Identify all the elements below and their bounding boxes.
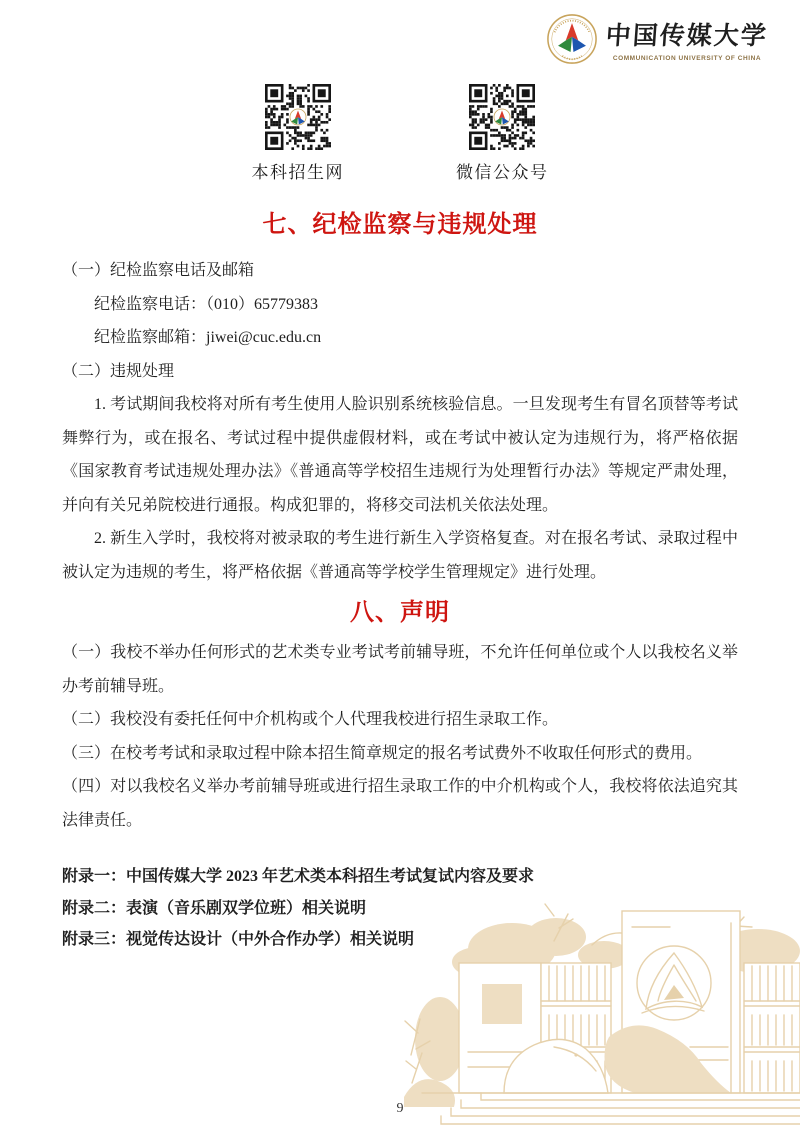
page-number: 9 [0,1101,800,1117]
s7-subheading-contact: （一）纪检监察电话及邮箱 [62,254,738,288]
s8-statement-3: （三）在校考考试和录取过程中除本招生简章规定的报名考试费外不收取任何形式的费用。 [62,737,738,771]
s7-phone-line: 纪检监察电话：（010）65779383 [62,288,738,322]
university-name-cn: 中国传媒大学 [605,16,770,52]
appendix-line-1: 附录一：中国传媒大学 2023 年艺术类本科招生考试复试内容及要求 [62,861,534,893]
appendix-list: 附录一：中国传媒大学 2023 年艺术类本科招生考试复试内容及要求 附录二：表演… [62,861,534,956]
qr-item-admissions-site: 本科招生网 [252,84,345,183]
s7-violation-para-2: 2. 新生入学时，我校将对被录取的考生进行新生入学资格复查。对在报名考试、录取过… [62,522,738,589]
qr-label: 本科招生网 [252,158,345,183]
s7-email-line: 纪检监察邮箱：jiwei@cuc.edu.cn [62,321,738,355]
document-body: 七、纪检监察与违规处理 （一）纪检监察电话及邮箱 纪检监察电话：（010）657… [62,210,738,837]
qr-item-wechat: 微信公众号 [456,84,549,183]
document-page: 中国传媒大学 COMMUNICATION UNIVERSITY OF CHINA… [0,0,800,1131]
appendix-line-3: 附录三：视觉传达设计（中外合作办学）相关说明 [62,924,534,956]
section7-heading: 七、纪检监察与违规处理 [62,210,738,240]
s7-violation-para-1: 1. 考试期间我校将对所有考生使用人脸识别系统核验信息。一旦发现考生有冒名顶替等… [62,388,738,522]
university-name-en: COMMUNICATION UNIVERSITY OF CHINA [613,55,761,62]
s7-subheading-violation: （二）违规处理 [62,355,738,389]
cuc-emblem-icon [546,13,598,65]
s8-statement-4: （四）对以我校名义举办考前辅导班或进行招生录取工作的中介机构或个人，我校将依法追… [62,770,738,837]
section8-heading: 八、声明 [62,598,738,628]
s8-statement-2: （二）我校没有委托任何中介机构或个人代理我校进行招生录取工作。 [62,703,738,737]
qr-code-admissions-icon [265,84,331,150]
qr-label: 微信公众号 [456,158,549,183]
appendix-line-2: 附录二：表演（音乐剧双学位班）相关说明 [62,893,534,925]
university-name: 中国传媒大学 COMMUNICATION UNIVERSITY OF CHINA [606,16,768,62]
qr-code-wechat-icon [469,84,535,150]
s8-statement-1: （一）我校不举办任何形式的艺术类专业考试考前辅导班，不允许任何单位或个人以我校名… [62,636,738,703]
qr-code-row: 本科招生网 微信公众号 [0,84,800,183]
university-brand: 中国传媒大学 COMMUNICATION UNIVERSITY OF CHINA [546,13,768,65]
